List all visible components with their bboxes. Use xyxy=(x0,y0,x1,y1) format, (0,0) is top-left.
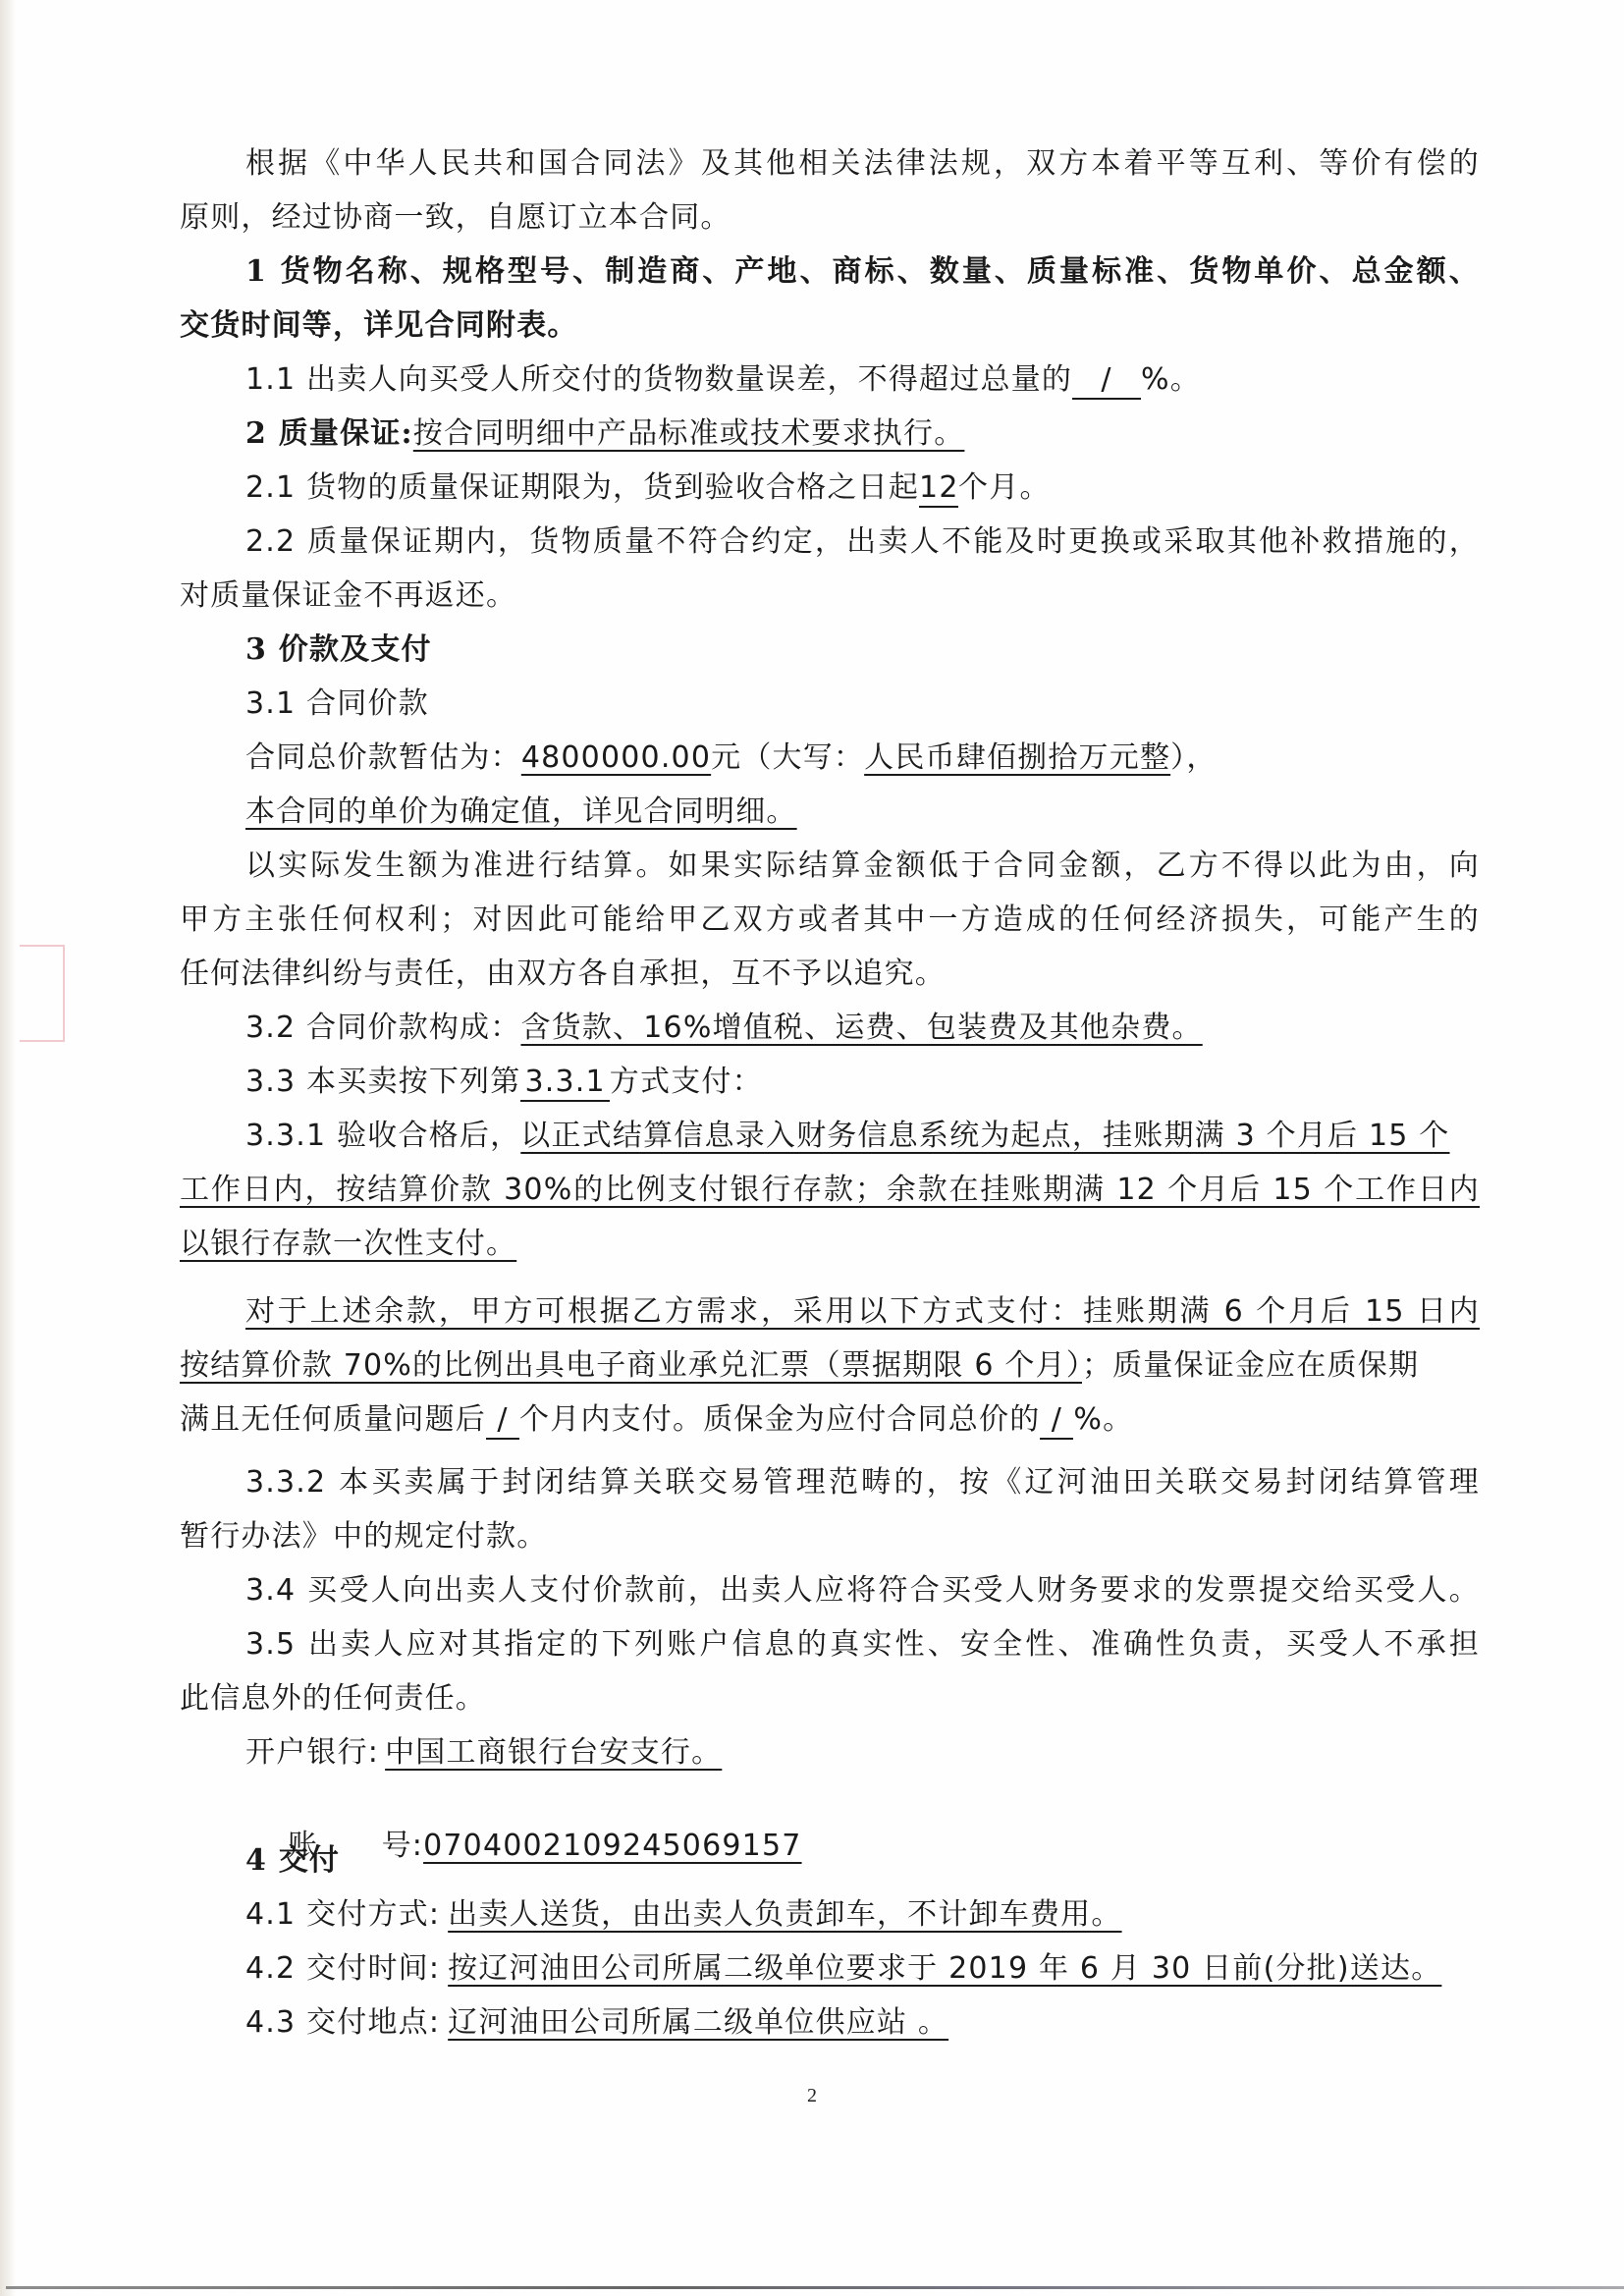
quantity-tolerance-field: / xyxy=(1072,362,1141,400)
warranty-months-field: 12 xyxy=(919,470,958,508)
scan-edge-shadow xyxy=(0,0,16,2296)
retention-text-1: 满且无任何质量问题后 xyxy=(180,1402,486,1437)
delivery-place-label: 4.3 交付地点: xyxy=(245,2005,440,2040)
clause-3-3-1-terms-3: 以银行存款一次性支付。 xyxy=(180,1227,516,1261)
quality-guarantee-field: 按合同明细中产品标准或技术要求执行。 xyxy=(413,416,965,451)
clause-3-3-2-line-2: 暂行办法》中的规定付款。 xyxy=(180,1517,547,1557)
delivery-place-field: 辽河油田公司所属二级单位供应站 。 xyxy=(440,2005,948,2040)
section-2-heading: 2 质量保证:按合同明细中产品标准或技术要求执行。 xyxy=(245,414,964,454)
payment-method-field: 3.3.1 xyxy=(520,1065,609,1102)
clause-3-2-label: 3.2 合同价款构成： xyxy=(245,1011,520,1045)
clause-4-1: 4.1 交付方式:出卖人送货，由出卖人负责卸车，不计卸车费用。 xyxy=(245,1895,1122,1935)
clause-3-3-1-label: 3.3.1 验收合格后， xyxy=(245,1119,520,1153)
clause-2-2-line-2: 对质量保证金不再返还。 xyxy=(180,576,516,616)
retention-text-3: %。 xyxy=(1073,1402,1133,1437)
delivery-time-field: 按辽河油田公司所属二级单位要求于 2019 年 6 月 30 日前(分批)送达。 xyxy=(440,1951,1441,1986)
settlement-line-3: 任何法律纠纷与责任，由双方各自承担，互不予以追究。 xyxy=(180,955,946,994)
section-2-label: 2 质量保证: xyxy=(245,416,413,451)
contract-total-amount: 4800000.00 xyxy=(521,740,711,775)
clause-3-3-suffix: 方式支付： xyxy=(610,1065,763,1099)
bank-name-field: 中国工商银行台安支行。 xyxy=(379,1735,722,1770)
unit-price-note-text: 本合同的单价为确定值，详见合同明细。 xyxy=(245,794,797,829)
contract-total-mid: 元（大写： xyxy=(711,740,864,775)
clause-2-1-text: 2.1 货物的质量保证期限为，货到验收合格之日起 xyxy=(245,470,919,505)
clause-2-1: 2.1 货物的质量保证期限为，货到验收合格之日起12个月。 xyxy=(245,468,1051,508)
acceptance-bill-terms: 按结算价款 70%的比例出具电子商业承兑汇票（票据期限 6 个月） xyxy=(180,1348,1082,1383)
retention-months-field: / xyxy=(486,1402,519,1440)
contract-total-label: 合同总价款暂估为： xyxy=(245,740,521,775)
clause-3-5-line-1: 3.5 出卖人应对其指定的下列账户信息的真实性、安全性、准确性负责，买受人不承担 xyxy=(245,1625,1480,1665)
clause-3-4: 3.4 买受人向出卖人支付价款前，出卖人应将符合买受人财务要求的发票提交给买受人… xyxy=(245,1571,1480,1611)
unit-price-note: 本合同的单价为确定值，详见合同明细。 xyxy=(245,793,797,832)
remainder-option-line-3: 满且无任何质量问题后/个月内支付。质保金为应付合同总价的/%。 xyxy=(180,1400,1133,1440)
clause-4-3: 4.3 交付地点:辽河油田公司所属二级单位供应站 。 xyxy=(245,2003,948,2043)
clause-2-2-line-1: 2.2 质量保证期内，货物质量不符合约定，出卖人不能及时更换或采取其他补救措施的… xyxy=(245,522,1480,562)
clause-3-1-title: 3.1 合同价款 xyxy=(245,684,429,724)
bank-label: 开户银行: xyxy=(245,1735,379,1770)
preamble-line-2: 原则，经过协商一致，自愿订立本合同。 xyxy=(180,198,731,238)
section-4-heading: 4 交付 xyxy=(245,1841,340,1881)
settlement-line-1: 以实际发生额为准进行结算。如果实际结算金额低于合同金额，乙方不得以此为由，向 xyxy=(245,847,1480,886)
delivery-method-field: 出卖人送货，由出卖人负责卸车，不计卸车费用。 xyxy=(440,1897,1121,1932)
clause-1-1-text: 1.1 出卖人向买受人所交付的货物数量误差，不得超过总量的 xyxy=(245,362,1072,397)
clause-3-3-label: 3.3 本买卖按下列第 xyxy=(245,1065,520,1099)
contract-total-in-words: 人民币肆佰捌拾万元整 xyxy=(864,740,1170,775)
section-1-heading-line-1: 1 货物名称、规格型号、制造商、产地、商标、数量、质量标准、货物单价、总金额、 xyxy=(245,252,1480,292)
remainder-option-line-2-suffix: ；质量保证金应在质保期 xyxy=(1082,1348,1419,1383)
section-3-heading: 3 价款及支付 xyxy=(245,630,432,670)
clause-3-3: 3.3 本买卖按下列第3.3.1方式支付： xyxy=(245,1063,763,1102)
contract-total-line: 合同总价款暂估为：4800000.00元（大写：人民币肆佰捌拾万元整）， xyxy=(245,738,1218,778)
remainder-option-line-1: 对于上述余款，甲方可根据乙方需求，采用以下方式支付：挂账期满 6 个月后 15 … xyxy=(245,1292,1480,1332)
contract-page: 根据《中华人民共和国合同法》及其他相关法律法规，双方本着平等互利、等价有偿的 原… xyxy=(0,0,1624,2296)
clause-3-3-1-line-2: 工作日内，按结算价款 30%的比例支付银行存款；余款在挂账期满 12 个月后 1… xyxy=(180,1171,1480,1210)
delivery-time-label: 4.2 交付时间: xyxy=(245,1951,440,1986)
clause-1-1: 1.1 出卖人向买受人所交付的货物数量误差，不得超过总量的/%。 xyxy=(245,360,1201,400)
clause-3-3-1-terms-1: 以正式结算信息录入财务信息系统为起点，挂账期满 3 个月后 15 个 xyxy=(520,1119,1449,1153)
clause-1-1-suffix: %。 xyxy=(1141,362,1201,397)
page-number: 2 xyxy=(0,2085,1624,2107)
clause-3-5-line-2: 此信息外的任何责任。 xyxy=(180,1679,486,1719)
clause-3-3-1-line-3: 以银行存款一次性支付。 xyxy=(180,1225,516,1264)
seal-stamp-fragment xyxy=(20,945,65,1042)
retention-text-2: 个月内支付。质保金为应付合同总价的 xyxy=(519,1402,1040,1437)
retention-percent-field: / xyxy=(1040,1402,1073,1440)
preamble-line-1: 根据《中华人民共和国合同法》及其他相关法律法规，双方本着平等互利、等价有偿的 xyxy=(245,144,1480,184)
scan-bottom-edge xyxy=(6,2286,1624,2289)
account-number-field: 0704002109245069157 xyxy=(423,1829,801,1863)
bank-line: 开户银行:中国工商银行台安支行。 xyxy=(245,1733,722,1773)
clause-4-2: 4.2 交付时间:按辽河油田公司所属二级单位要求于 2019 年 6 月 30 … xyxy=(245,1949,1441,1989)
section-1-heading-line-2: 交货时间等，详见合同附表。 xyxy=(180,306,578,346)
contract-total-suffix: ）， xyxy=(1170,740,1217,775)
clause-3-3-1-line-1: 3.3.1 验收合格后，以正式结算信息录入财务信息系统为起点，挂账期满 3 个月… xyxy=(245,1117,1450,1156)
clause-3-3-2-line-1: 3.3.2 本买卖属于封闭结算关联交易管理范畴的，按《辽河油田关联交易封闭结算管… xyxy=(245,1463,1480,1503)
clause-2-1-suffix: 个月。 xyxy=(958,470,1051,505)
settlement-line-2: 甲方主张任何权利；对因此可能给甲乙双方或者其中一方造成的任何经济损失，可能产生的 xyxy=(180,901,1480,940)
clause-3-2: 3.2 合同价款构成：含货款、16%增值税、运费、包装费及其他杂费。 xyxy=(245,1009,1203,1048)
remainder-option-line-2: 按结算价款 70%的比例出具电子商业承兑汇票（票据期限 6 个月）；质量保证金应… xyxy=(180,1346,1419,1386)
price-composition-field: 含货款、16%增值税、运费、包装费及其他杂费。 xyxy=(520,1011,1202,1045)
delivery-method-label: 4.1 交付方式: xyxy=(245,1897,440,1932)
